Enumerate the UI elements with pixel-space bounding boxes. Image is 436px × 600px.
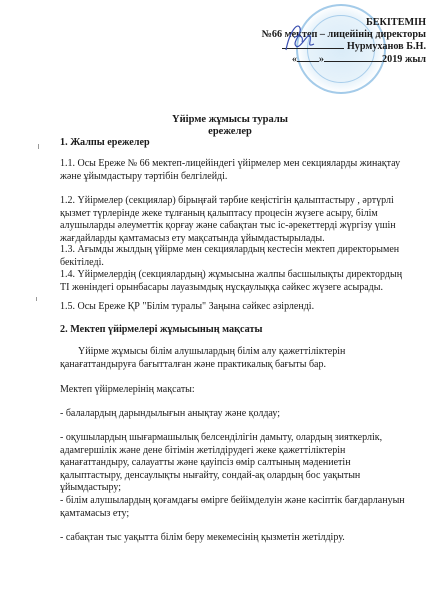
section-2-intro: Үйірме жұмысы білім алушылардың білім ал… <box>60 346 410 371</box>
goal-item: - сабақтан тыс уақытта білім беру мекеме… <box>60 532 410 545</box>
clause-1-2: 1.2. Үйірмелер (секциялар) бірыңғай тәрб… <box>60 195 410 245</box>
clause-1-4: 1.4. Үйірмелердің (секциялардың) жұмысын… <box>60 269 410 294</box>
document-title: Үйірме жұмысы туралы <box>12 114 436 126</box>
section-1-heading: 1. Жалпы ережелер <box>60 137 410 150</box>
clause-1-1: 1.1. Осы Ереже № 66 мектеп-лицейіндегі ү… <box>60 158 410 183</box>
approval-year: 2019 жыл <box>382 54 426 65</box>
clause-1-3: 1.3. Ағымды жылдың үйірме мен секциялард… <box>60 244 410 269</box>
goal-item: - білім алушылардың қоғамдағы өмірге бей… <box>60 495 410 520</box>
scan-artifact <box>36 297 37 301</box>
goal-item: - оқушылардың шығармашылық белсенділігін… <box>60 432 410 495</box>
scanned-document-page: БЕКІТЕМІН №66 мектеп – лицейінің директо… <box>0 0 436 600</box>
clause-1-5: 1.5. Осы Ереже ҚР "Білім туралы" Заңына … <box>60 301 410 314</box>
goal-item: - балалардың дарындылығын анықтау және қ… <box>60 408 410 421</box>
goals-label: Мектеп үйірмелерінің мақсаты: <box>60 384 410 397</box>
scan-artifact <box>38 144 39 149</box>
section-2-heading: 2. Мектеп үйірмелері жұмысының мақсаты <box>60 324 410 337</box>
month-blank <box>324 53 382 62</box>
director-signature-icon <box>280 20 320 56</box>
signatory-name: Нурмуханов Б.Н. <box>347 41 426 52</box>
